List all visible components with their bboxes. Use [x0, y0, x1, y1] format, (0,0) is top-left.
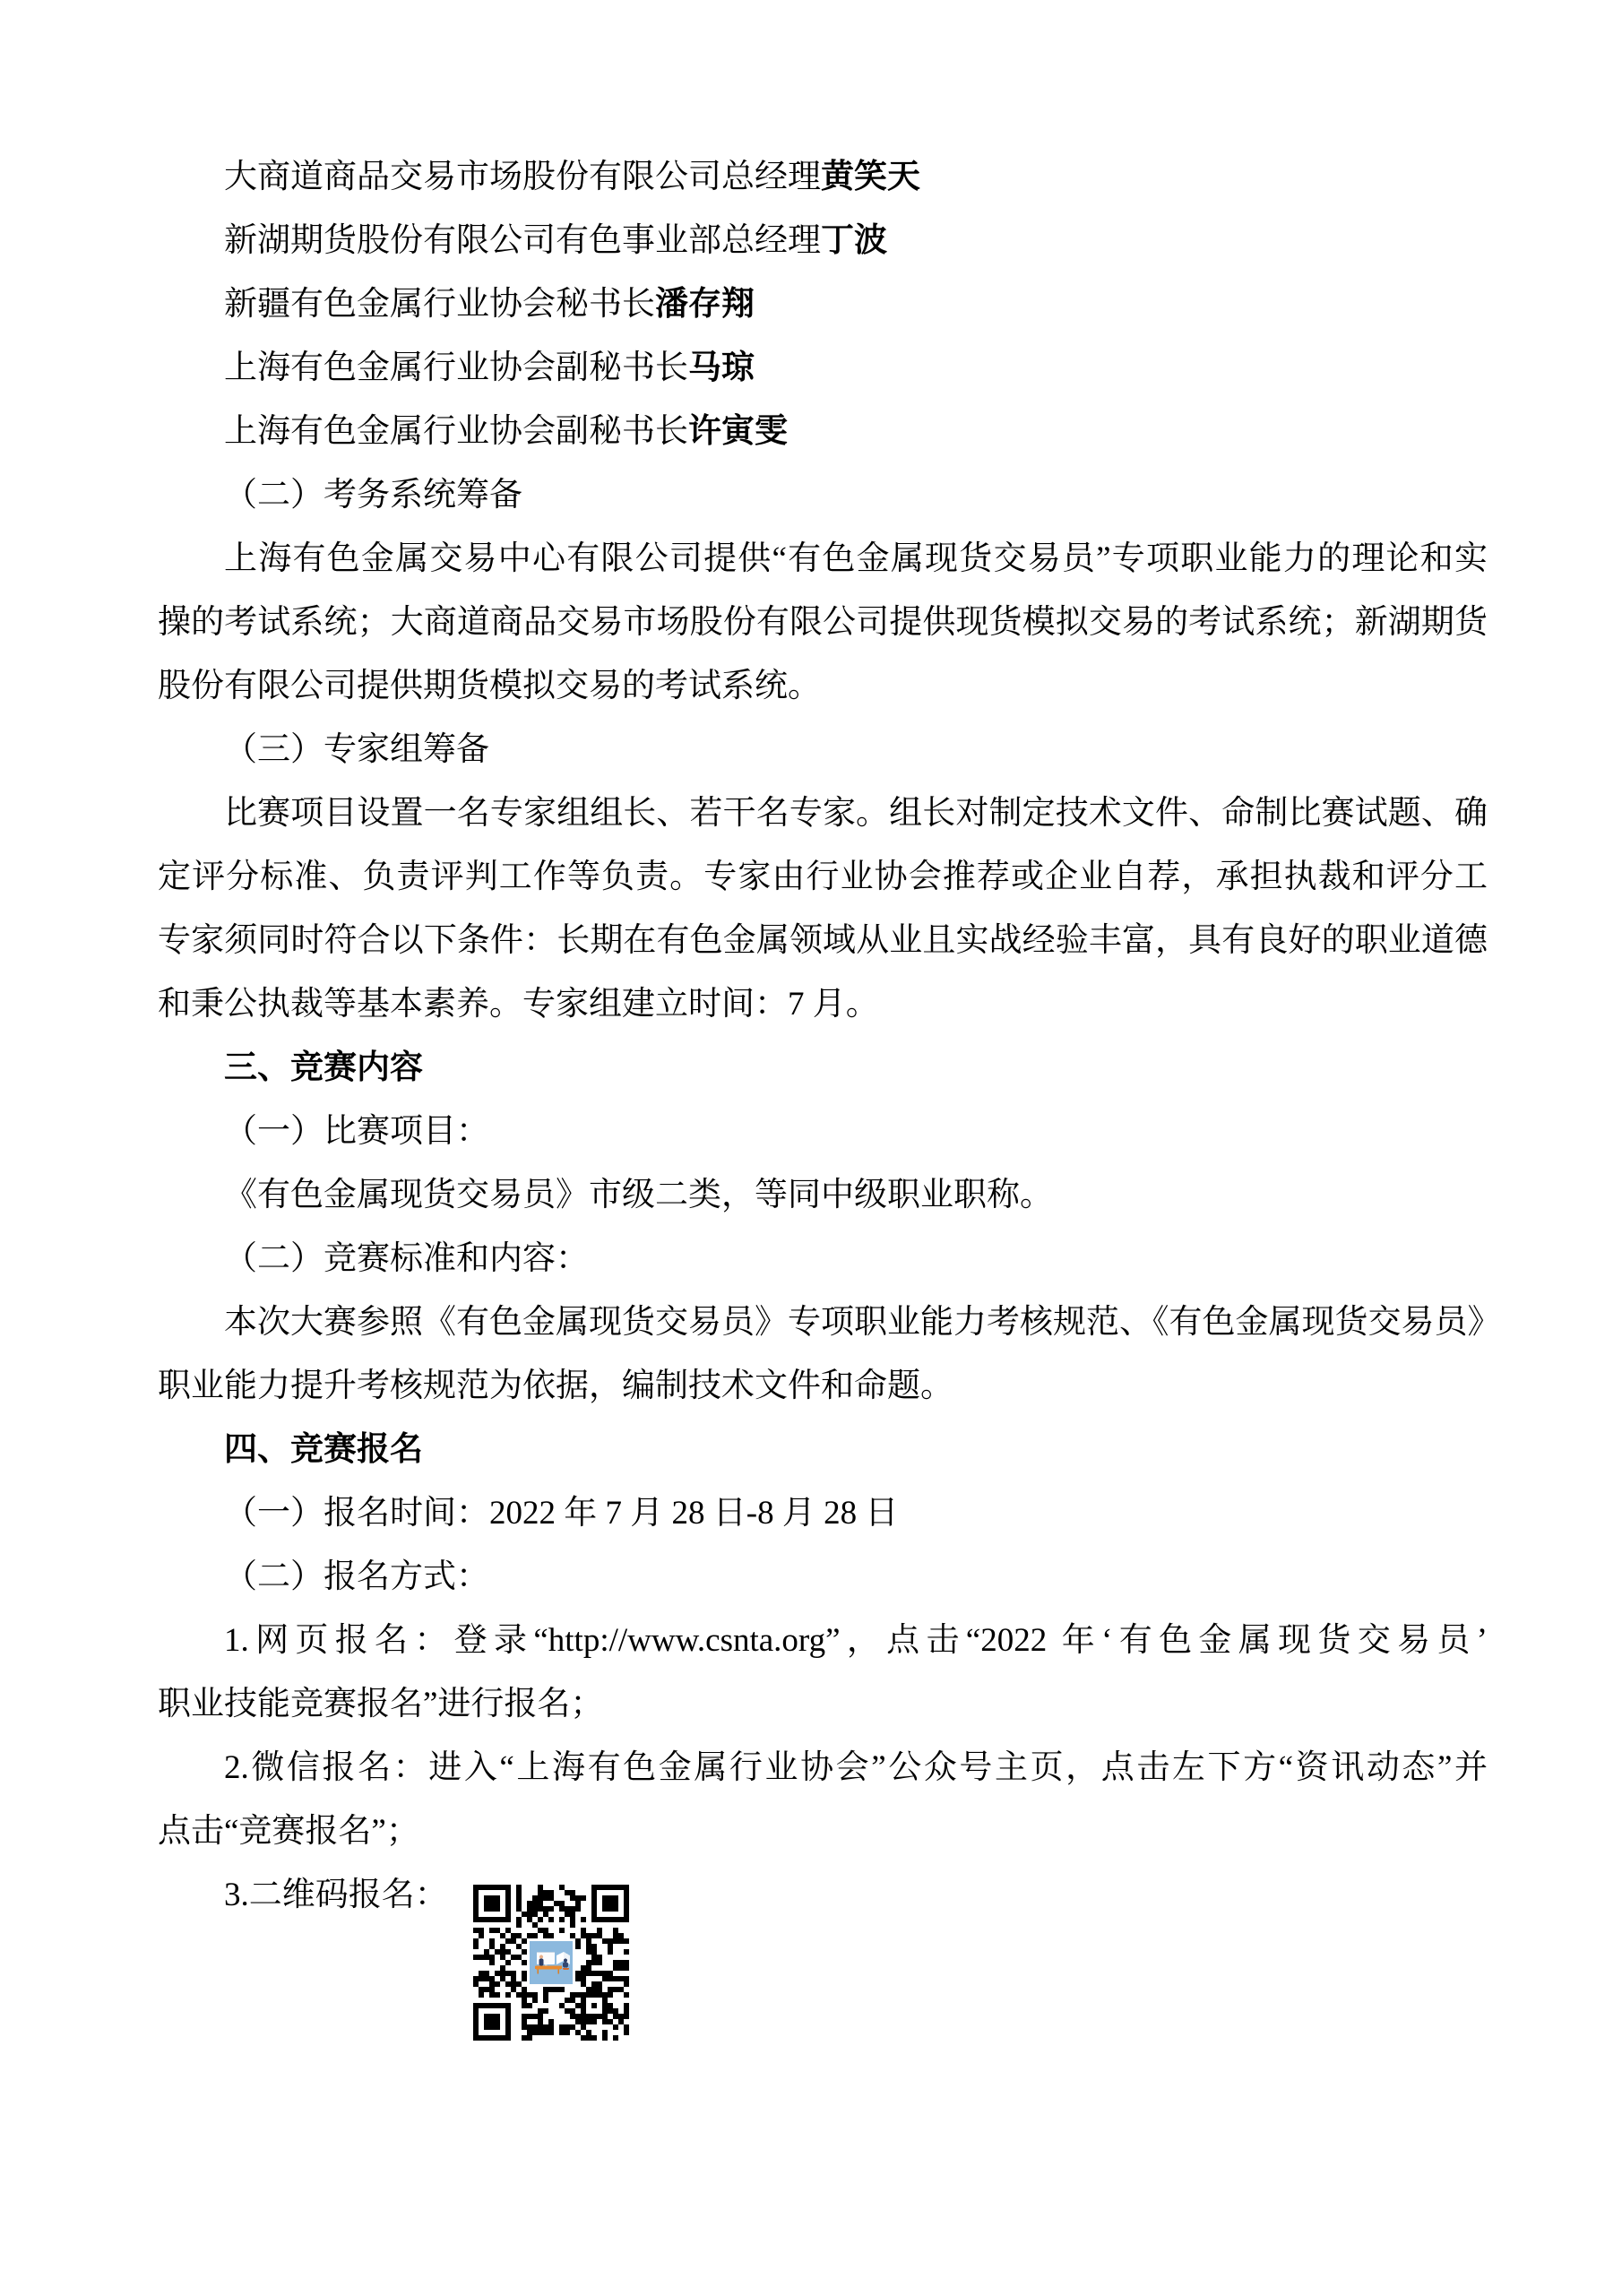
text-line: 新疆有色金属行业协会秘书长潘存翔: [158, 272, 1488, 336]
text-line: 比赛项目设置一名专家组组长、若干名专家。组长对制定技术文件、命制比赛试题、确: [158, 781, 1488, 845]
text-line: （二）竞赛标准和内容：: [158, 1227, 1488, 1290]
text-segment: （二）竞赛标准和内容：: [224, 1240, 589, 1277]
text-segment: 上海有色金属行业协会副秘书长: [224, 350, 688, 386]
bold-text-segment: 黄笑天: [821, 159, 920, 195]
text-line: 新湖期货股份有限公司有色事业部总经理丁波: [158, 209, 1488, 272]
bold-text-segment: 马琼: [688, 350, 755, 386]
text-segment: 和秉公执裁等基本素养。专家组建立时间：7 月。: [158, 986, 879, 1023]
text-segment: 点击“竞赛报名”；: [158, 1813, 419, 1850]
qr-code-image: [473, 1885, 629, 2041]
text-segment: 3.二维码报名：: [224, 1877, 448, 1913]
text-line: 《有色金属现货交易员》市级二类，等同中级职业职称。: [158, 1163, 1488, 1227]
text-line: 四、竞赛报名: [158, 1418, 1488, 1481]
text-segment: （一）比赛项目：: [224, 1113, 489, 1150]
text-segment: 新湖期货股份有限公司有色事业部总经理: [224, 222, 821, 259]
text-segment: 1.网页报名：登录“http://www.csnta.org”，点击“2022 …: [224, 1622, 1488, 1659]
text-line: 定评分标准、负责评判工作等负责。专家由行业协会推荐或企业自荐，承担执裁和评分工作…: [158, 845, 1488, 909]
text-line: 三、竞赛内容: [158, 1036, 1488, 1100]
text-line: （一）比赛项目：: [158, 1100, 1488, 1163]
text-line: 职业能力提升考核规范为依据，编制技术文件和命题。: [158, 1354, 1488, 1418]
text-line: 1.网页报名：登录“http://www.csnta.org”，点击“2022 …: [158, 1609, 1488, 1672]
text-segment: （二）报名方式：: [224, 1558, 489, 1595]
bold-text-segment: 三、竞赛内容: [224, 1049, 423, 1086]
text-segment: 《有色金属现货交易员》市级二类，等同中级职业职称。: [224, 1177, 1053, 1213]
text-line: （二）报名方式：: [158, 1545, 1488, 1609]
text-line: 大商道商品交易市场股份有限公司总经理黄笑天: [158, 145, 1488, 209]
text-segment: （三）专家组筹备: [224, 731, 489, 768]
text-segment: （二）考务系统筹备: [224, 477, 522, 514]
text-segment: 股份有限公司提供期货模拟交易的考试系统。: [158, 668, 821, 704]
text-line: 点击“竞赛报名”；: [158, 1800, 1488, 1863]
text-segment: 职业技能竞赛报名”进行报名；: [158, 1686, 603, 1722]
bold-text-segment: 丁波: [821, 222, 887, 259]
bold-text-segment: 潘存翔: [655, 286, 755, 323]
text-line: 上海有色金属行业协会副秘书长许寅雯: [158, 400, 1488, 463]
bold-text-segment: 四、竞赛报名: [224, 1431, 423, 1468]
text-segment: （一）报名时间：2022 年 7 月 28 日-8 月 28 日: [224, 1495, 898, 1532]
text-segment: 新疆有色金属行业协会秘书长: [224, 286, 655, 323]
bold-text-segment: 许寅雯: [688, 413, 788, 450]
text-line: （一）报名时间：2022 年 7 月 28 日-8 月 28 日: [158, 1481, 1488, 1545]
text-line: 上海有色金属交易中心有限公司提供“有色金属现货交易员”专项职业能力的理论和实: [158, 527, 1488, 591]
text-segment: 上海有色金属交易中心有限公司提供“有色金属现货交易员”专项职业能力的理论和实: [224, 540, 1488, 577]
text-segment: 操的考试系统；大商道商品交易市场股份有限公司提供现货模拟交易的考试系统；新湖期货: [158, 604, 1488, 641]
text-segment: 定评分标准、负责评判工作等负责。专家由行业协会推荐或企业自荐，承担执裁和评分工作…: [158, 859, 1488, 909]
text-line: 和秉公执裁等基本素养。专家组建立时间：7 月。: [158, 972, 1488, 1036]
document-page: 大商道商品交易市场股份有限公司总经理黄笑天新湖期货股份有限公司有色事业部总经理丁…: [0, 0, 1622, 2296]
text-segment: 专家须同时符合以下条件：长期在有色金属领域从业且实战经验丰富，具有良好的职业道德: [158, 922, 1488, 959]
text-segment: 2.微信报名：进入“上海有色金属行业协会”公众号主页，点击左下方“资讯动态”并: [224, 1749, 1488, 1786]
text-line: 操的考试系统；大商道商品交易市场股份有限公司提供现货模拟交易的考试系统；新湖期货: [158, 591, 1488, 654]
text-segment: 大商道商品交易市场股份有限公司总经理: [224, 159, 821, 195]
text-line: 股份有限公司提供期货模拟交易的考试系统。: [158, 654, 1488, 718]
text-line: 2.微信报名：进入“上海有色金属行业协会”公众号主页，点击左下方“资讯动态”并: [158, 1736, 1488, 1800]
text-line: 3.二维码报名：: [158, 1863, 1488, 1927]
document-body: 大商道商品交易市场股份有限公司总经理黄笑天新湖期货股份有限公司有色事业部总经理丁…: [158, 145, 1488, 1927]
text-segment: 上海有色金属行业协会副秘书长: [224, 413, 688, 450]
text-line: 专家须同时符合以下条件：长期在有色金属领域从业且实战经验丰富，具有良好的职业道德: [158, 909, 1488, 972]
text-segment: 比赛项目设置一名专家组组长、若干名专家。组长对制定技术文件、命制比赛试题、确: [224, 795, 1488, 832]
text-line: 本次大赛参照《有色金属现货交易员》专项职业能力考核规范、《有色金属现货交易员》: [158, 1290, 1488, 1354]
text-line: （二）考务系统筹备: [158, 463, 1488, 527]
text-line: （三）专家组筹备: [158, 718, 1488, 781]
text-line: 上海有色金属行业协会副秘书长马琼: [158, 336, 1488, 400]
text-line: 职业技能竞赛报名”进行报名；: [158, 1672, 1488, 1736]
text-segment: 职业能力提升考核规范为依据，编制技术文件和命题。: [158, 1368, 953, 1404]
qr-code: [473, 1885, 629, 2041]
text-segment: 本次大赛参照《有色金属现货交易员》专项职业能力考核规范、《有色金属现货交易员》: [224, 1304, 1488, 1341]
